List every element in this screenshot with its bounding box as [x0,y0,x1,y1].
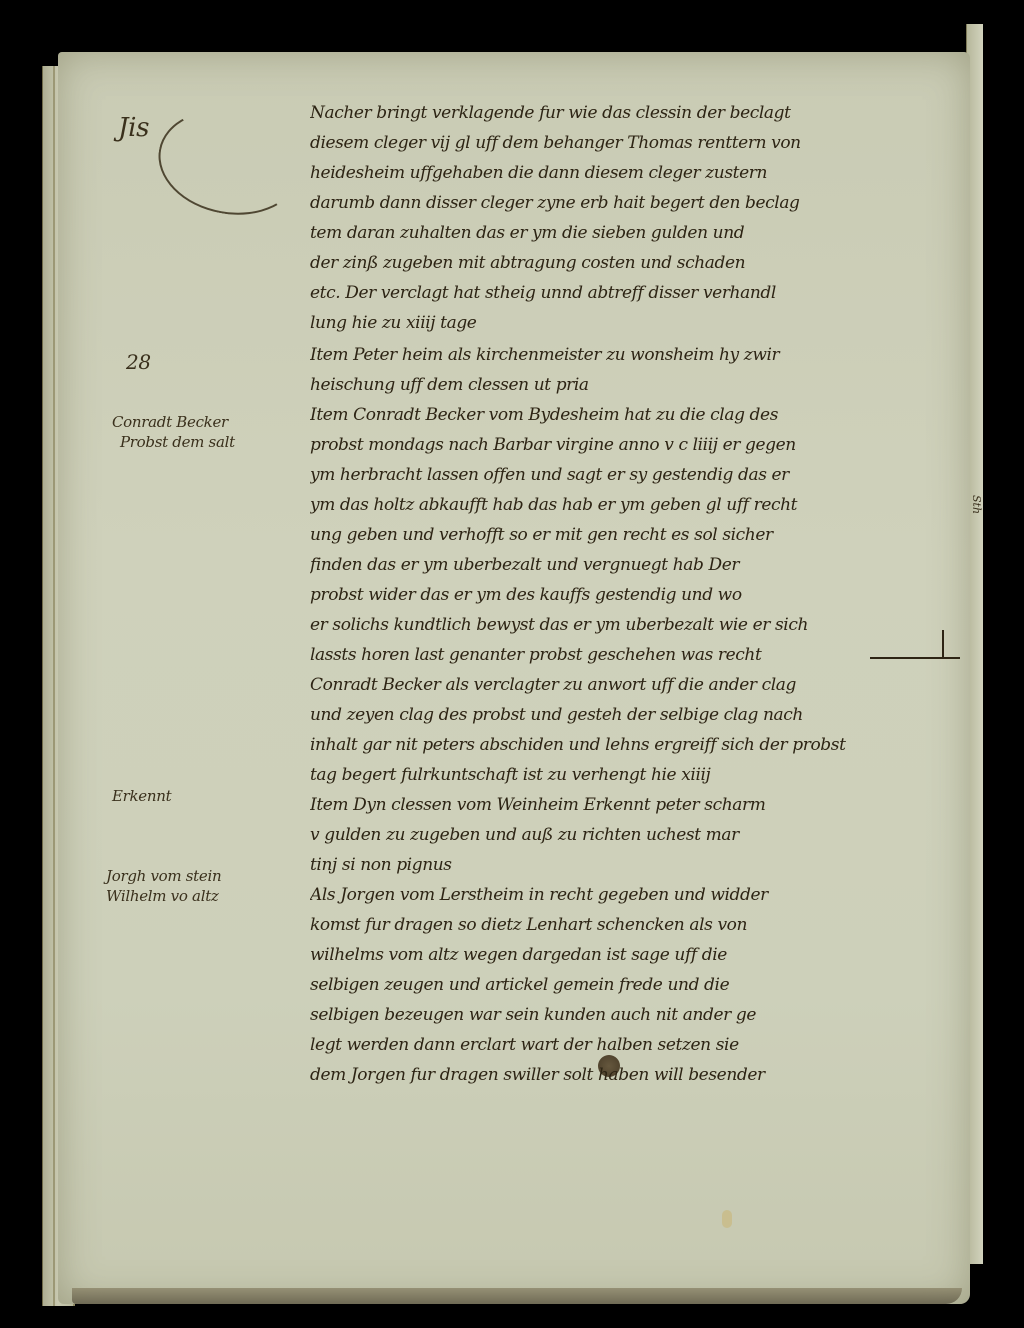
text-line: selbigen zeugen und artickel gemein fred… [310,970,960,1000]
main-text-block: Nacher bringt verklagende fur wie das cl… [310,98,960,1090]
text-line: tem daran zuhalten das er ym die sieben … [310,218,960,248]
margin-note-jorg: Jorgh vom stein Wilhelm vo altz [106,866,221,906]
margin-note-line: Jorgh vom stein [106,866,221,886]
text-line: probst wider das er ym des kauffs gesten… [310,580,960,610]
text-line: wilhelms vom altz wegen dargedan ist sag… [310,940,960,970]
text-line: dem Jorgen fur dragen swiller solt haben… [310,1060,960,1090]
text-entry: Item Peter heim als kirchenmeister zu wo… [310,340,960,400]
text-line: tinj si non pignus [310,850,960,880]
text-entry: Item Dyn clessen vom Weinheim Erkennt pe… [310,790,960,880]
text-line: lung hie zu xiiij tage [310,308,960,338]
text-line: komst fur dragen so dietz Lenhart schenc… [310,910,960,940]
text-line: ym herbracht lassen offen und sagt er sy… [310,460,960,490]
text-line: Item Conradt Becker vom Bydesheim hat zu… [310,400,960,430]
text-line: inhalt gar nit peters abschiden und lehn… [310,730,960,760]
margin-number: 28 [126,352,151,372]
text-line: ym das holtz abkaufft hab das hab er ym … [310,490,960,520]
margin-note-line: Wilhelm vo altz [106,886,221,906]
text-line: heidesheim uffgehaben die dann diesem cl… [310,158,960,188]
text-line: Item Dyn clessen vom Weinheim Erkennt pe… [310,790,960,820]
margin-note-conrad-becker: Conradt Becker Probst dem salt [112,412,235,452]
text-line: heischung uff dem clessen ut pria [310,370,960,400]
text-line: lassts horen last genanter probst gesche… [310,640,960,670]
text-line: Als Jorgen vom Lerstheim in recht gegebe… [310,880,960,910]
margin-note-erkennt: Erkennt [112,786,171,806]
text-line: Conradt Becker als verclagter zu anwort … [310,670,960,700]
page-bottom-edge [72,1288,962,1304]
text-line: etc. Der verclagt hat stheig unnd abtref… [310,278,960,308]
text-entry: Als Jorgen vom Lerstheim in recht gegebe… [310,880,960,1090]
text-line: finden das er ym uberbezalt und vergnueg… [310,550,960,580]
right-margin-fragment: Sth [970,495,983,514]
text-line: darumb dann disser cleger zyne erb hait … [310,188,960,218]
text-line: und zeyen clag des probst und gesteh der… [310,700,960,730]
margin-note-line: Conradt Becker [112,412,235,432]
text-line: Nacher bringt verklagende fur wie das cl… [310,98,960,128]
text-line: probst mondags nach Barbar virgine anno … [310,430,960,460]
margin-note-line: Probst dem salt [112,432,235,452]
text-line: ung geben und verhofft so er mit gen rec… [310,520,960,550]
paper-stain [722,1210,732,1228]
text-entry: Item Conradt Becker vom Bydesheim hat zu… [310,400,960,790]
text-line: diesem cleger vij gl uff dem behanger Th… [310,128,960,158]
text-line: Item Peter heim als kirchenmeister zu wo… [310,340,960,370]
margin-folio-mark: Jis [118,118,149,138]
text-line: tag begert fulrkuntschaft ist zu verheng… [310,760,960,790]
text-line: v gulden zu zugeben und auß zu richten u… [310,820,960,850]
text-line: selbigen bezeugen war sein kunden auch n… [310,1000,960,1030]
text-line: legt werden dann erclart wart der halben… [310,1030,960,1060]
text-line: der zinß zugeben mit abtragung costen un… [310,248,960,278]
text-entry: Nacher bringt verklagende fur wie das cl… [310,98,960,338]
text-line: er solichs kundtlich bewyst das er ym ub… [310,610,960,640]
